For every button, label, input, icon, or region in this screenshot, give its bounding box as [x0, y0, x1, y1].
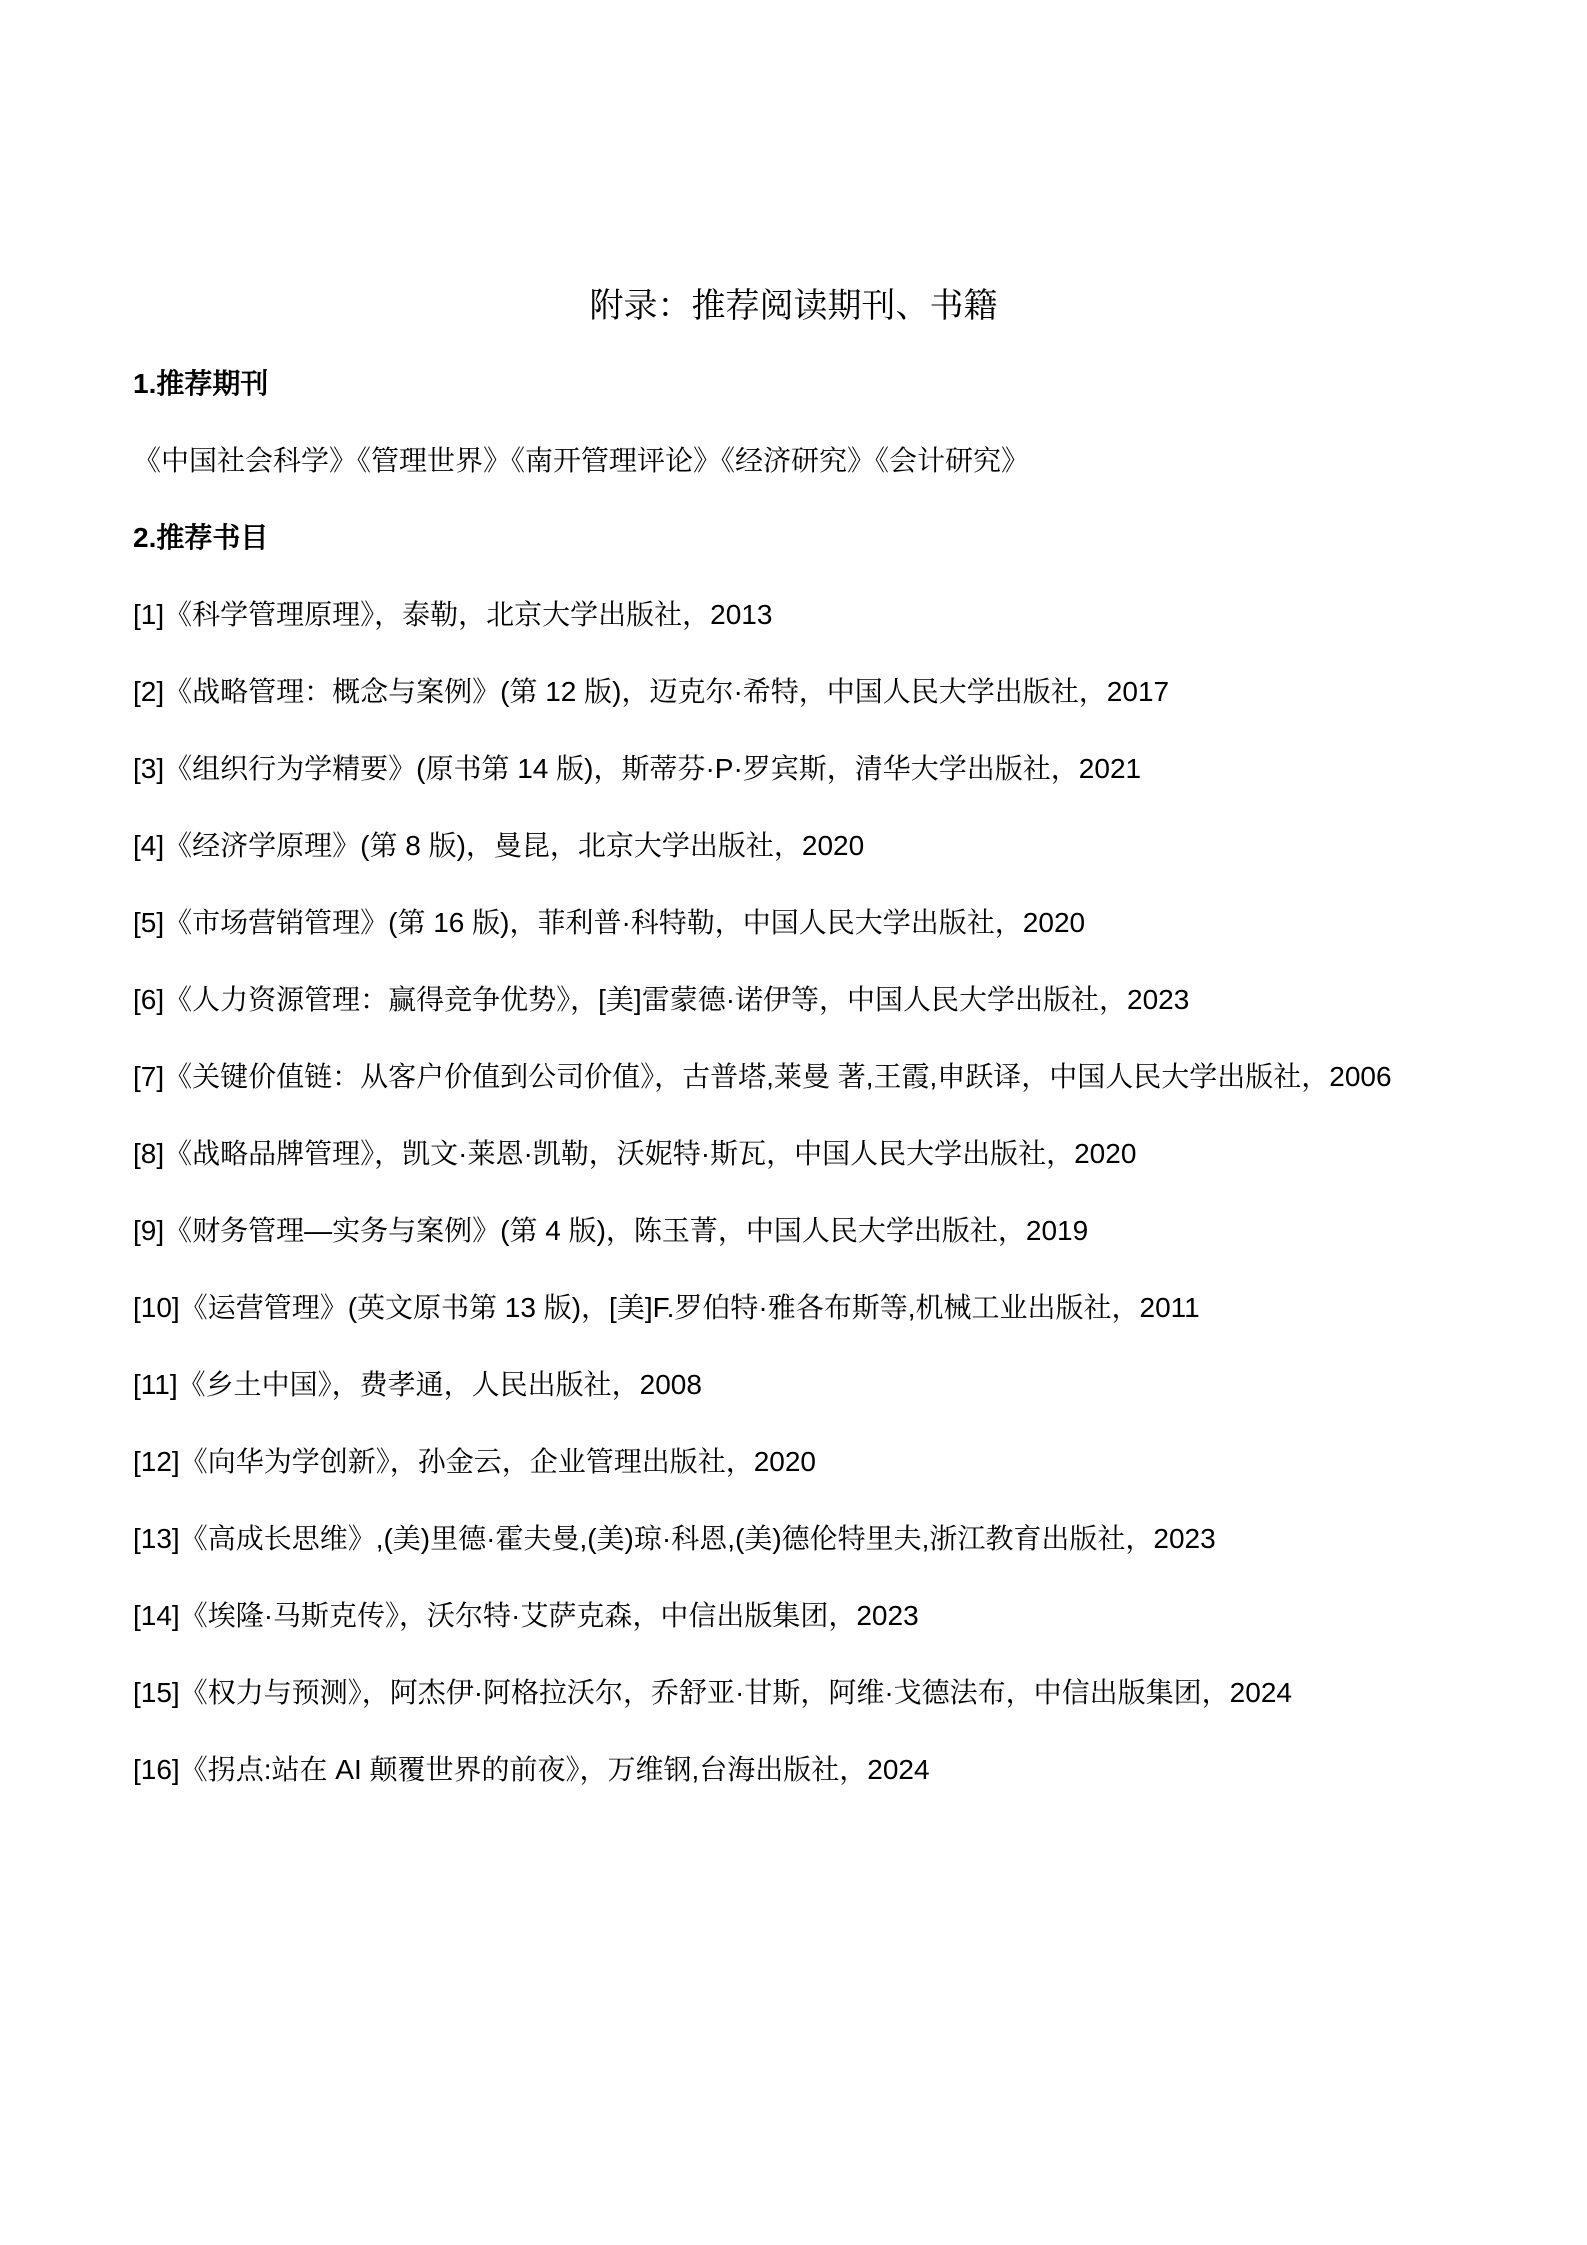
book-entry: [13]《高成长思维》,(美)里德·霍夫曼,(美)琼·科恩,(美)德伦特里夫,浙…: [133, 1500, 1454, 1577]
book-entry: [4]《经济学原理》(第 8 版)，曼昆，北京大学出版社，2020: [133, 807, 1454, 884]
document-title: 附录：推荐阅读期刊、书籍: [133, 268, 1454, 345]
book-entry: [3]《组织行为学精要》(原书第 14 版)，斯蒂芬·P·罗宾斯，清华大学出版社…: [133, 730, 1454, 807]
books-section-heading: 2.推荐书目: [133, 499, 1454, 576]
book-entry: [6]《人力资源管理：赢得竞争优势》，[美]雷蒙德·诺伊等，中国人民大学出版社，…: [133, 961, 1454, 1038]
journals-section-heading: 1.推荐期刊: [133, 345, 1454, 422]
book-entry: [2]《战略管理：概念与案例》(第 12 版)，迈克尔·希特，中国人民大学出版社…: [133, 653, 1454, 730]
journals-list: 《中国社会科学》《管理世界》《南开管理评论》《经济研究》《会计研究》: [133, 422, 1454, 499]
book-entry: [11]《乡土中国》，费孝通，人民出版社，2008: [133, 1346, 1454, 1423]
document-page: 附录：推荐阅读期刊、书籍 1.推荐期刊 《中国社会科学》《管理世界》《南开管理评…: [0, 0, 1587, 2245]
book-entry: [14]《埃隆·马斯克传》，沃尔特·艾萨克森，中信出版集团，2023: [133, 1577, 1454, 1654]
book-entry: [15]《权力与预测》，阿杰伊·阿格拉沃尔，乔舒亚·甘斯，阿维·戈德法布，中信出…: [133, 1654, 1454, 1731]
book-entry: [7]《关键价值链：从客户价值到公司价值》，古普塔,莱曼 著,王霞,申跃译，中国…: [133, 1038, 1454, 1115]
book-entry: [10]《运营管理》(英文原书第 13 版)，[美]F.罗伯特·雅各布斯等,机械…: [133, 1269, 1454, 1346]
book-entry: [5]《市场营销管理》(第 16 版)，菲利普·科特勒，中国人民大学出版社，20…: [133, 884, 1454, 961]
book-entry: [8]《战略品牌管理》，凯文·莱恩·凯勒，沃妮特·斯瓦，中国人民大学出版社，20…: [133, 1115, 1454, 1192]
book-entry: [9]《财务管理—实务与案例》(第 4 版)，陈玉菁，中国人民大学出版社，201…: [133, 1192, 1454, 1269]
book-entry: [1]《科学管理原理》，泰勒，北京大学出版社，2013: [133, 576, 1454, 653]
book-entry: [16]《拐点:站在 AI 颠覆世界的前夜》，万维钢,台海出版社，2024: [133, 1731, 1454, 1808]
book-entry: [12]《向华为学创新》，孙金云，企业管理出版社，2020: [133, 1423, 1454, 1500]
